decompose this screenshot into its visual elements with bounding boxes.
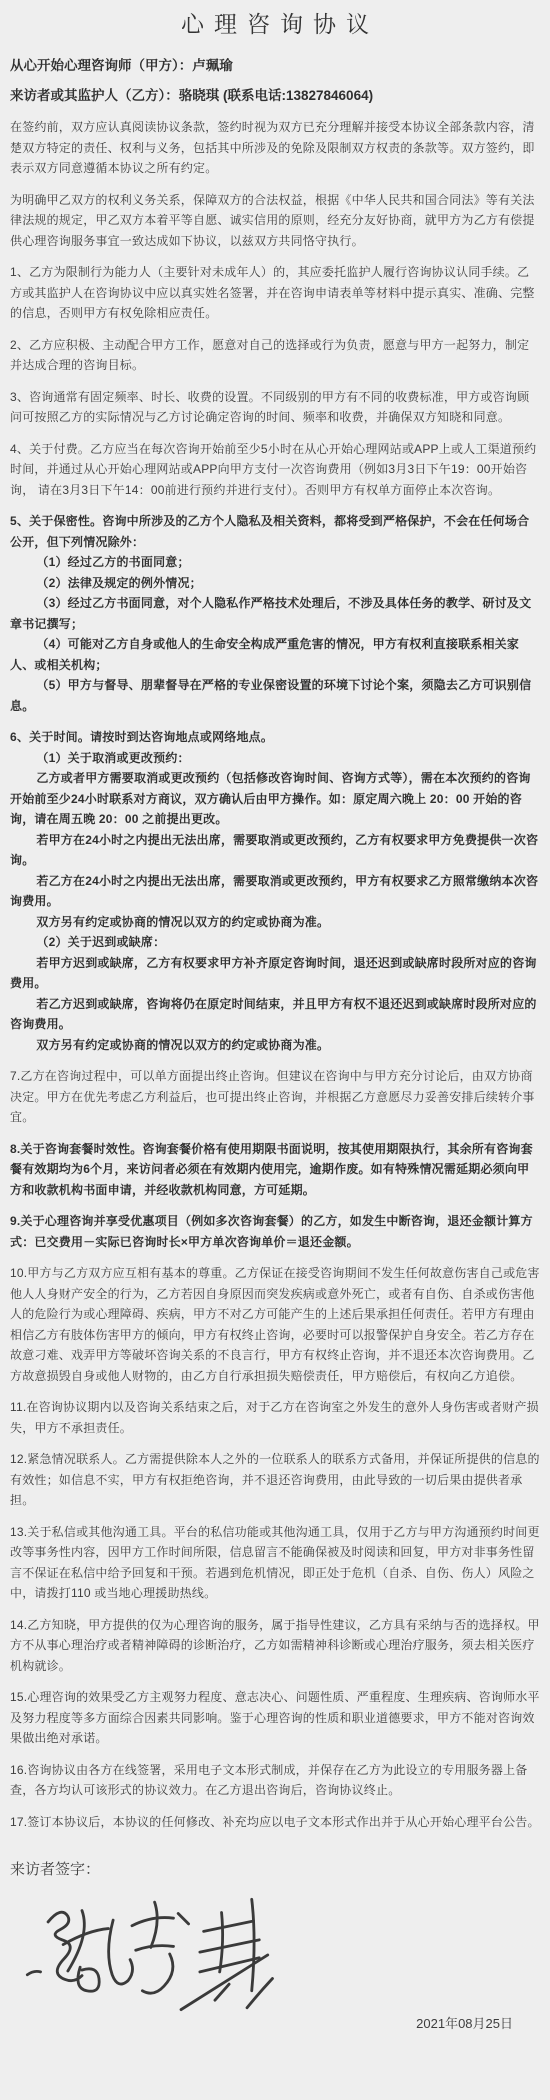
clause-paragraph: 14.乙方知晓，甲方提供的仅为心理咨询的服务，属于指导性建议，乙方具有采纳与否的…	[10, 1615, 540, 1677]
clause-paragraph: 1、乙方为限制行为能力人（主要针对未成年人）的，其应委托监护人履行咨询协议认同手…	[10, 262, 540, 324]
clause-paragraph: （2）法律及规定的例外情况；	[10, 573, 540, 594]
clause-paragraph: 若乙方迟到或缺席，咨询将仍在原定时间结束，并且甲方有权不退还迟到或缺席时段所对应…	[10, 994, 540, 1035]
clause-paragraph: 5、关于保密性。咨询中所涉及的乙方个人隐私及相关资料，都将受到严格保护，不会在任…	[10, 511, 540, 552]
clause-paragraph: 若甲方迟到或缺席，乙方有权要求甲方补齐原定咨询时间，退还迟到或缺席时段所对应的咨…	[10, 953, 540, 994]
clause-paragraph: 双方另有约定或协商的情况以双方的约定或协商为准。	[10, 912, 540, 933]
clause-paragraph: 10.甲方与乙方双方应互相有基本的尊重。乙方保证在接受咨询期间不发生任何故意伤害…	[10, 1263, 540, 1386]
clause-paragraph: 8.关于咨询套餐时效性。咨询套餐价格有使用期限书面说明，按其使用期限执行，其余所…	[10, 1139, 540, 1201]
clause-paragraph: 2、乙方应积极、主动配合甲方工作，愿意对自己的选择或行为负责，愿意与甲方一起努力…	[10, 335, 540, 376]
clause-paragraph: 11.在咨询协议期内以及咨询关系结束之后，对于乙方在咨询室之外发生的意外人身伤害…	[10, 1397, 540, 1438]
clause-paragraph: 15.心理咨询的效果受乙方主观努力程度、意志决心、问题性质、严重程度、生理疾病、…	[10, 1687, 540, 1749]
clause-paragraph: （1）经过乙方的书面同意；	[10, 552, 540, 573]
clause-paragraph: 若乙方在24小时之内提出无法出席，需要取消或更改预约，甲方有权要求乙方照常缴纳本…	[10, 871, 540, 912]
clause-paragraph: （4）可能对乙方自身或他人的生命安全构成严重危害的情况，甲方有权利直接联系相关家…	[10, 634, 540, 675]
signature-image	[14, 1888, 299, 2020]
party-a-line: 从心开始心理咨询师（甲方）：卢珮瑜	[10, 56, 540, 76]
clause-paragraph: 4、关于付费。乙方应当在每次咨询开始前至少5小时在从心开始心理网站或APP上或人…	[10, 439, 540, 501]
clause-paragraph: （5）甲方与督导、朋辈督导在严格的专业保密设置的环境下讨论个案，须隐去乙方可识别…	[10, 675, 540, 716]
agreement-page: 心理咨询协议 从心开始心理咨询师（甲方）：卢珮瑜 来访者或其监护人（乙方）：骆晓…	[0, 0, 550, 2100]
signature-date: 2021年08月25日	[416, 2013, 513, 2032]
clause-paragraph: 7.乙方在咨询过程中，可以单方面提出终止咨询。但建议在咨询中与甲方充分讨论后，由…	[10, 1066, 540, 1128]
clause-paragraph: 若甲方在24小时之内提出无法出席，需要取消或更改预约，乙方有权要求甲方免费提供一…	[10, 830, 540, 871]
party-b-line: 来访者或其监护人（乙方）：骆晓琪 (联系电话:13827846064)	[10, 86, 540, 106]
clause-paragraph: 17.签订本协议后，本协议的任何修改、补充均应以电子文本形式作出并于从心开始心理…	[10, 1812, 540, 1833]
clause-paragraph: 乙方或者甲方需要取消或更改预约（包括修改咨询时间、咨询方式等），需在本次预约的咨…	[10, 768, 540, 830]
clause-paragraph: 3、咨询通常有固定频率、时长、收费的设置。不同级别的甲方有不同的收费标准，甲方或…	[10, 387, 540, 428]
signature-label: 来访者签字：	[10, 1860, 540, 1880]
clause-paragraph: 双方另有约定或协商的情况以双方的约定或协商为准。	[10, 1035, 540, 1056]
clause-paragraph: 12.紧急情况联系人。乙方需提供除本人之外的一位联系人的联系方式备用，并保证所提…	[10, 1449, 540, 1511]
clause-paragraph: 9.关于心理咨询并享受优惠项目（例如多次咨询套餐）的乙方，如发生中断咨询，退还金…	[10, 1211, 540, 1252]
agreement-body: 在签约前，双方应认真阅读协议条款，签约时视为双方已充分理解并接受本协议全部条款内…	[0, 117, 550, 1834]
page-title: 心理咨询协议	[0, 0, 550, 39]
clause-paragraph: 6、关于时间。请按时到达咨询地点或网络地点。	[10, 727, 540, 748]
clause-paragraph: （3）经过乙方书面同意，对个人隐私作严格技术处理后，不涉及具体任务的教学、研讨及…	[10, 593, 540, 634]
clause-paragraph: 16.咨询协议由各方在线签署，采用电子文本形式制成，并保存在乙方为此设立的专用服…	[10, 1760, 540, 1801]
clause-paragraph: 在签约前，双方应认真阅读协议条款，签约时视为双方已充分理解并接受本协议全部条款内…	[10, 117, 540, 179]
clause-paragraph: （1）关于取消或更改预约：	[10, 748, 540, 769]
clause-paragraph: 为明确甲乙双方的权利义务关系，保障双方的合法权益，根据《中华人民共和国合同法》等…	[10, 190, 540, 252]
clause-paragraph: 13.关于私信或其他沟通工具。平台的私信功能或其他沟通工具，仅用于乙方与甲方沟通…	[10, 1522, 540, 1604]
clause-paragraph: （2）关于迟到或缺席：	[10, 932, 540, 953]
